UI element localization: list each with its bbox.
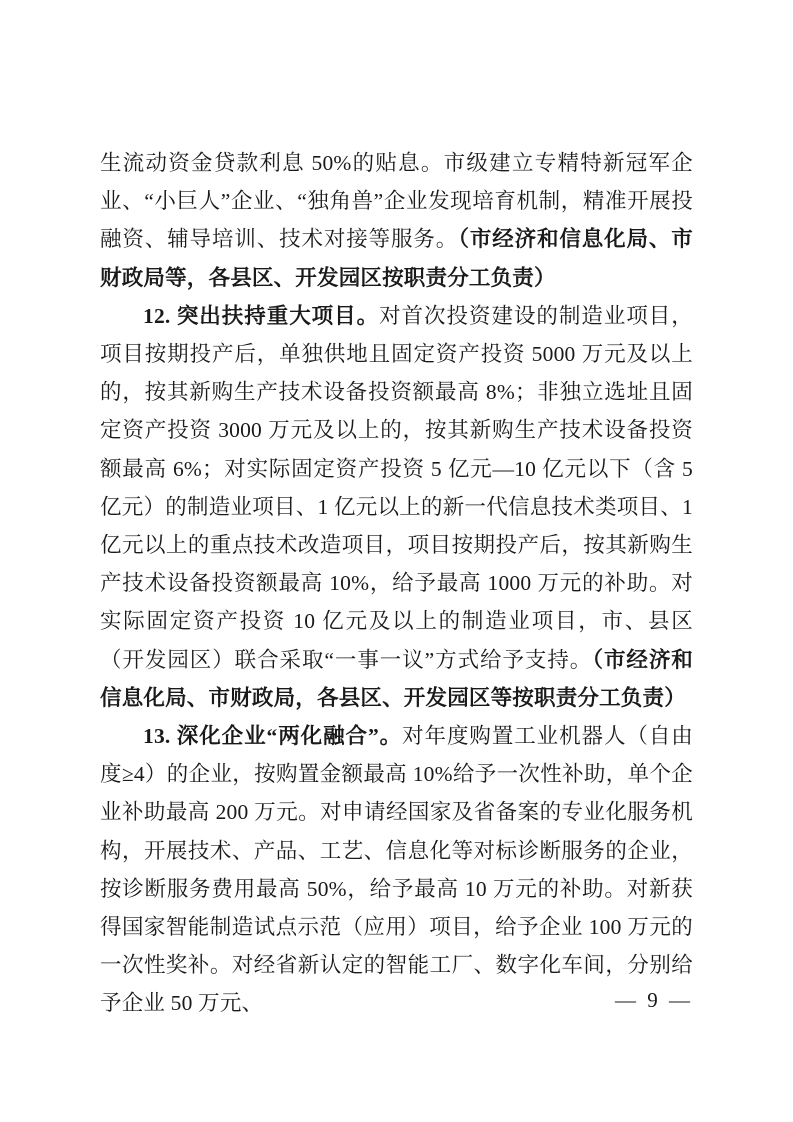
document-body: 生流动资金贷款利息 50%的贴息。市级建立专精特新冠军企业、“小巨人”企业、“独…	[100, 144, 693, 1023]
paragraph-body-text: 对年度购置工业机器人（自由度≥4）的企业，按购置金额最高 10%给予一次性补助，…	[100, 724, 693, 1015]
document-page: 生流动资金贷款利息 50%的贴息。市级建立专精特新冠军企业、“小巨人”企业、“独…	[0, 0, 793, 1122]
paragraph-continuation: 生流动资金贷款利息 50%的贴息。市级建立专精特新冠军企业、“小巨人”企业、“独…	[100, 144, 693, 297]
item-13-heading: 13. 深化企业“两化融合”。	[143, 724, 402, 748]
paragraph-item-13: 13. 深化企业“两化融合”。对年度购置工业机器人（自由度≥4）的企业，按购置金…	[100, 717, 693, 1023]
item-12-heading: 12. 突出扶持重大项目。	[143, 304, 379, 328]
paragraph-body-text: 对首次投资建设的制造业项目，项目按期投产后，单独供地且固定资产投资 5000 万…	[100, 304, 693, 672]
page-number: — 9 —	[615, 988, 693, 1013]
paragraph-item-12: 12. 突出扶持重大项目。对首次投资建设的制造业项目，项目按期投产后，单独供地且…	[100, 297, 693, 717]
